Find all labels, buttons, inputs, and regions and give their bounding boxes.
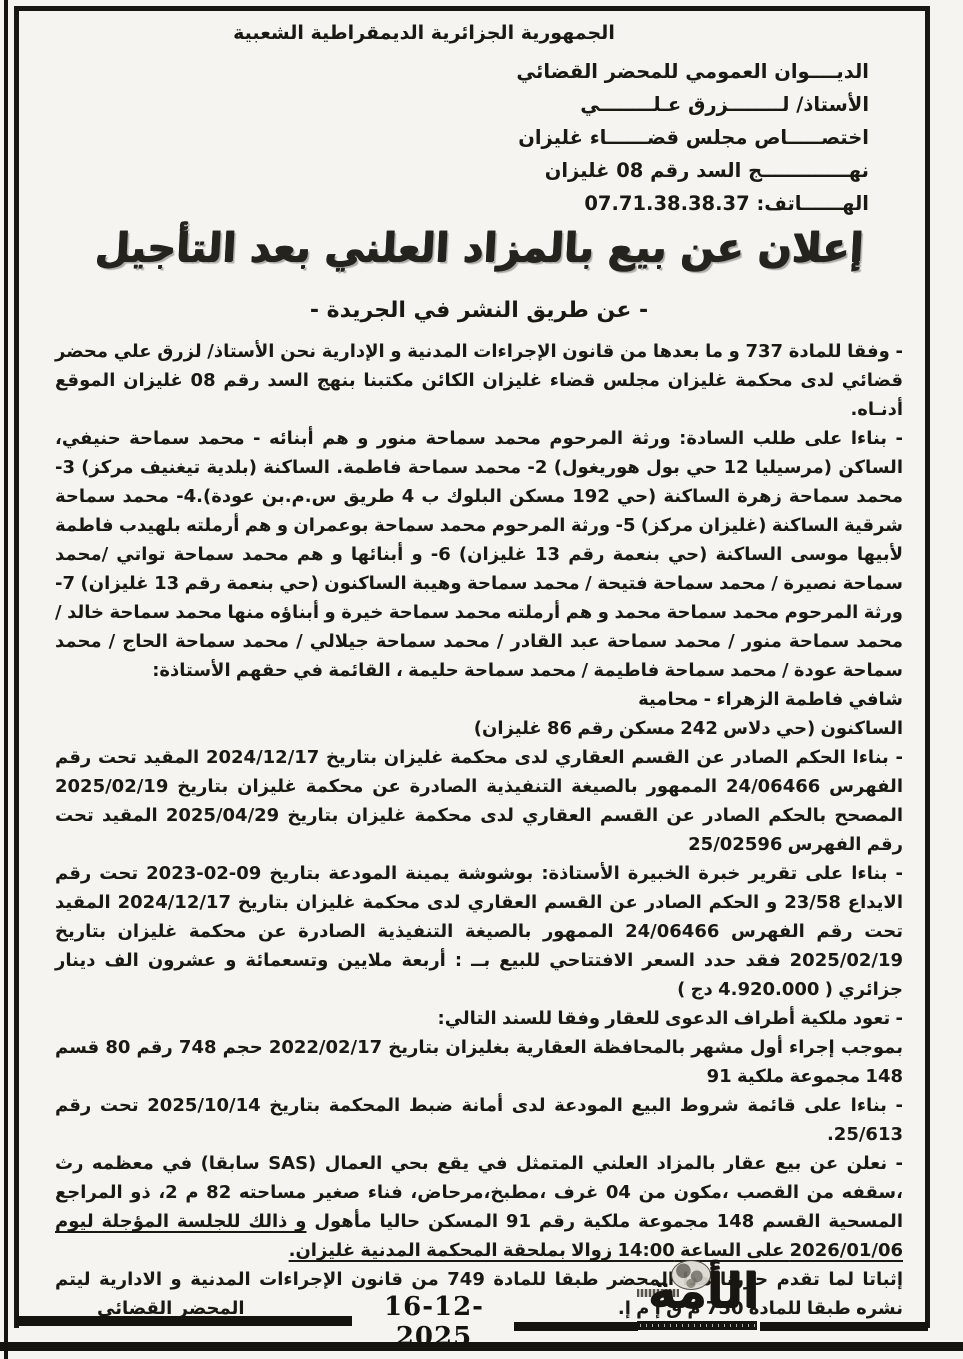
lawyer-line: شافي فاطمة الزهراء - محامية xyxy=(55,685,903,714)
scanned-auction-notice-page: الجمهورية الجزائرية الديمقراطية الشعبية … xyxy=(0,0,963,1359)
bailiff-office-block: الديــــوان العمومي للمحضر القضائي الأست… xyxy=(55,55,903,220)
bottom-rule-middle xyxy=(514,1322,638,1331)
scan-edge-line xyxy=(4,0,8,1359)
paragraph-expert-report: - بناءا على تقرير خبرة الخبيرة الأستاذة:… xyxy=(55,859,903,1004)
newspaper-logo-text: الأمة xyxy=(648,1262,759,1320)
republic-header: الجمهورية الجزائرية الديمقراطية الشعبية xyxy=(55,19,793,47)
phone-line: الهــــــاتف: 07.71.38.38.37 xyxy=(55,187,869,220)
bottom-rule-left xyxy=(16,1316,352,1326)
office-name-line: الديــــوان العمومي للمحضر القضائي xyxy=(55,55,869,88)
residents-line: الساكنون (حي دلاس 242 مسكن رقم 86 غليزان… xyxy=(55,714,903,743)
paragraph-requesters: - بناءا على طلب السادة: ورثة المرحوم محم… xyxy=(55,424,903,685)
newspaper-logo: الأمة xyxy=(637,1260,761,1332)
logo-tagline-bar xyxy=(637,1321,757,1330)
notice-content: الجمهورية الجزائرية الديمقراطية الشعبية … xyxy=(19,11,925,1328)
notice-title: إعلان عن بيع بالمزاد العلني بعد التأجيل xyxy=(54,222,905,274)
notice-border-frame: الجمهورية الجزائرية الديمقراطية الشعبية … xyxy=(14,6,930,1328)
bailiff-name-line: الأستاذ/ لــــــــزرق عـلــــــــي xyxy=(55,88,869,121)
paragraph-sale-announcement: - نعلن عن بيع عقار بالمزاد العلني المتمث… xyxy=(55,1149,903,1265)
notice-subtitle: - عن طريق النشر في الجريدة - xyxy=(55,296,903,326)
paragraph-sale-conditions: - بناءا على قائمة شروط البيع المودعة لدى… xyxy=(55,1091,903,1149)
notice-body: - وفقا للمادة 737 و ما بعدها من قانون ال… xyxy=(55,337,903,1323)
address-line: نهـــــــــــــج السد رقم 08 غليزان xyxy=(55,154,869,187)
jurisdiction-line: اختصـــــاص مجلس قضــــــاء غليزان xyxy=(55,121,869,154)
scan-bottom-line xyxy=(0,1342,963,1351)
paragraph-legal-basis: - وفقا للمادة 737 و ما بعدها من قانون ال… xyxy=(55,337,903,424)
paragraph-ownership-intro: - تعود ملكية أطراف الدعوى للعقار وفقا لل… xyxy=(55,1004,903,1033)
paragraph-ownership-deed: بموجب إجراء أول مشهر بالمحافظة العقارية … xyxy=(55,1033,903,1091)
paragraph-judgment: - بناءا الحكم الصادر عن القسم العقاري لد… xyxy=(55,743,903,859)
bottom-rule-right xyxy=(760,1322,928,1331)
